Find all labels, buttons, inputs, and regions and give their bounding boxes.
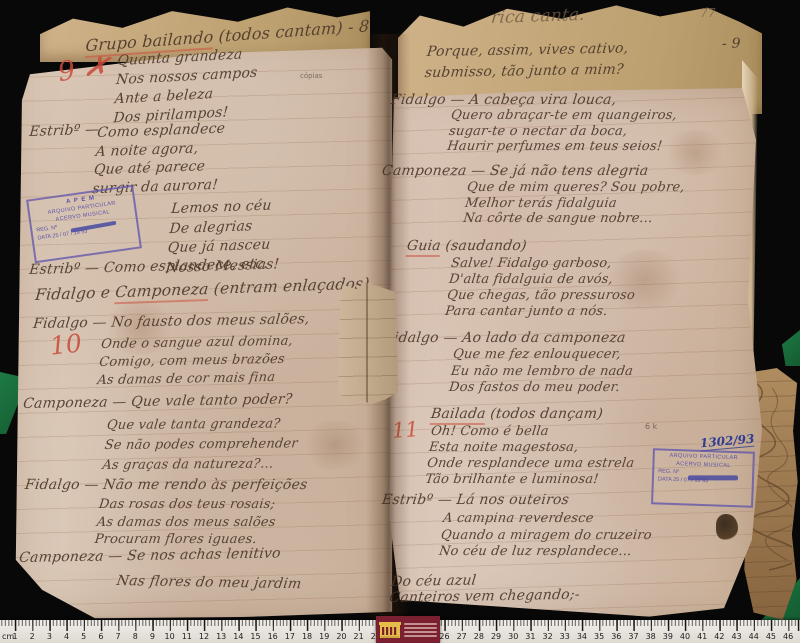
handwritten-line: Nas flores do meu jardim [115, 572, 302, 593]
ruler-number: 21 [354, 632, 364, 641]
estribilho-right-lines: A campina reverdesceQuando a miragem do … [438, 511, 655, 561]
handwritten-line: As damas dos meus salões [96, 514, 277, 532]
ruler-number: 13 [216, 632, 226, 641]
table-felt-right-mid [782, 330, 800, 366]
handwritten-line: Eu não me lembro de nada [450, 364, 634, 381]
ruler-number: 5 [81, 632, 86, 641]
ruler-number: 2 [30, 632, 35, 641]
ruler-number: 38 [646, 632, 656, 641]
ruler-number: 9 [150, 632, 155, 641]
handwritten-line: Oh! Como é bella [430, 424, 639, 440]
ruler-number: 44 [749, 632, 759, 641]
heading-rest: (todos dançam) [485, 406, 604, 422]
ruler-number: 3 [47, 632, 52, 641]
handwritten-line: Quero abraçar-te em quangeiros, [450, 108, 678, 124]
handwritten-line: Que chegas, tão pressuroso [446, 288, 636, 304]
closing-couplet: Do céu azulCanteiros vem chegando;- [389, 571, 583, 606]
speech-first-line: Ao lado da camponeza [461, 330, 626, 346]
stamp-reg-label: REG. Nº [658, 468, 679, 475]
ruler-number: 46 [783, 632, 793, 641]
speaker-label: Fidalgo — [32, 315, 112, 332]
handwritten-line: D'alta fidalguia de avós, [448, 272, 638, 288]
handwritten-line: sugar-te o nectar da boca, [448, 124, 676, 140]
handwritten-line: Que de mim queres? Sou pobre, [466, 180, 685, 196]
pencil-note-6k: 6 k [645, 422, 657, 431]
ruler-number: 15 [250, 632, 260, 641]
ruler-number: 20 [336, 632, 346, 641]
estribilho-label: Estribº — [29, 122, 100, 141]
speech-first-line: A cabeça vira louca, [468, 92, 617, 108]
stanza-estribilho: Como esplandeceA noite agora,Que até par… [92, 120, 226, 199]
ruler-number: 43 [731, 632, 741, 641]
ruler-logo [376, 616, 440, 643]
handwritten-line: Haurir perfumes em teus seios! [446, 139, 674, 155]
red-page-count-10: 10 [49, 328, 84, 360]
stamp-date-label: DATA [658, 476, 672, 482]
stanza-bailada: Oh! Como é bellaEsta noite magestosa,Ond… [424, 424, 639, 488]
stamp-scribble [688, 475, 738, 480]
speaker-label: Fidalgo — [390, 92, 470, 108]
red-check-mark: ✗ [82, 48, 112, 86]
ruler-number: 10 [165, 632, 175, 641]
ruler-number: 29 [491, 632, 501, 641]
ruler-number: 18 [302, 632, 312, 641]
handwritten-line: Quando a miragem do cruzeiro [440, 528, 653, 545]
speech-fidalgo-1-right-lines: Quero abraçar-te em quangeiros,sugar-te … [446, 108, 678, 155]
speech-first-line: Se nos achas lenitivo [126, 545, 281, 564]
handwritten-line: Melhor terás fidalguia [464, 196, 683, 212]
handwritten-line: No céu de luz resplandece... [438, 544, 651, 561]
stanza-group-sings: Quanta grandezaNos nossos camposAnte a b… [113, 45, 260, 129]
ruler-number: 32 [542, 632, 552, 641]
heading-rest: (saudando) [440, 238, 528, 254]
stanza-opening-right: Porque, assim, vives cativo,submisso, tã… [424, 38, 630, 84]
speaker-label: Camponeza — [18, 548, 128, 566]
ruler-number: 40 [680, 632, 690, 641]
speech-fidalgo-1-left-lines: Onde o sangue azul domina,Comigo, com me… [96, 333, 293, 390]
heading-pre: Fidalgo e [34, 283, 116, 304]
ruler-number: 17 [285, 632, 295, 641]
pencil-note-copias: cópias [300, 72, 322, 80]
handwritten-line: Tão brilhante e luminosa! [424, 472, 633, 488]
stamp-date-label: DATA [37, 233, 51, 241]
ruler-number: 12 [199, 632, 209, 641]
speaker-label: Fidalgo — [24, 477, 104, 493]
handwritten-line: As graças da natureza?... [101, 454, 296, 476]
ruler-number: 26 [439, 632, 449, 641]
ruler-number: 11 [182, 632, 192, 641]
old-page-number: 77 [700, 6, 716, 20]
heading-underlined: Camponeza [114, 280, 209, 304]
handwritten-line: Canteiros vem chegando;- [389, 587, 581, 606]
logo-text-lines [404, 621, 437, 639]
ruler-number: 37 [628, 632, 638, 641]
ruler-number: 34 [577, 632, 587, 641]
ruler-number: 28 [474, 632, 484, 641]
speech-camponeza-1-left-lines: Que vale tanta grandeza?Se não podes com… [101, 414, 301, 476]
speech-fidalgo-2-right: Fidalgo — Ao lado da camponeza [383, 330, 627, 346]
ruler-number: 39 [663, 632, 673, 641]
right-heading-guia: Guia (saudando) [406, 238, 528, 254]
handwritten-line: Na côrte de sangue nobre... [462, 211, 681, 227]
handwritten-line: Dos fastos do meu poder. [448, 380, 632, 397]
ink-blot [716, 514, 738, 540]
heading-underlined: Bailada [430, 406, 487, 425]
handwritten-line: Lemos no céu [170, 196, 285, 220]
building-icon [379, 620, 401, 639]
speech-first-line: Lá nos outeiros [456, 492, 570, 508]
handwritten-line: Das rosas dos teus rosais; [98, 496, 279, 514]
red-page-count-11: 11 [391, 417, 419, 443]
ruler-number: 1 [12, 632, 17, 641]
handwritten-line: Onde resplandece uma estrela [426, 456, 635, 472]
speech-first-line: Se já não tens alegria [489, 163, 649, 179]
ruler-number: 42 [714, 632, 724, 641]
ruler-number: 7 [116, 632, 121, 641]
ruler-number: 19 [319, 632, 329, 641]
speech-guia-lines: Salve! Fidalgo garboso,D'alta fidalguia … [444, 256, 640, 320]
speaker-label: Camponeza — [22, 394, 132, 412]
ruler-number: 4 [64, 632, 69, 641]
stain [300, 420, 370, 470]
speech-fidalgo-2-right-lines: Que me fez enlouquecer,Eu não me lembro … [448, 347, 636, 397]
ruler-number: 14 [233, 632, 243, 641]
ruler-number: 27 [457, 632, 467, 641]
ruler-number: 16 [268, 632, 278, 641]
manuscript-photo: { "left": { "heading1_underlined": "Grup… [0, 0, 800, 643]
estribilho-right: Estribº — Lá nos outeiros [381, 492, 570, 508]
handwritten-line: Salve! Fidalgo garboso, [450, 256, 640, 272]
ruler-number: 45 [766, 632, 776, 641]
handwritten-line: Que me fez enlouquecer, [452, 347, 636, 364]
ruler-number: 30 [508, 632, 518, 641]
handwritten-line: Esta noite magestosa, [428, 440, 637, 456]
right-heading-bailada: Bailada (todos dançam) [430, 406, 604, 422]
speech-fidalgo-2-left-lines: Das rosas dos teus rosais;As damas dos m… [94, 496, 279, 549]
handwritten-line: A campina reverdesce [442, 511, 655, 528]
right-page-number: - 9 [722, 36, 741, 52]
handwritten-line: Se não podes comprehender [103, 434, 298, 456]
torn-patch [338, 282, 398, 404]
speech-first-line: Não me rendo às perfeições [102, 477, 308, 493]
speech-fidalgo-1-right: Fidalgo — A cabeça vira louca, [390, 92, 617, 108]
speech-camponeza-1-right: Camponeza — Se já não tens alegria [381, 163, 649, 179]
ruler-number: 36 [611, 632, 621, 641]
speaker-label: Camponeza — [381, 163, 491, 179]
handwritten-line: Que vale tanta grandeza? [106, 414, 301, 436]
speaker-label: Estribº — [381, 492, 458, 508]
ruler-number: 8 [133, 632, 138, 641]
speech-first-line: Que vale tanto poder? [130, 391, 293, 410]
handwritten-line: Para cantar junto a nós. [444, 304, 634, 320]
ruler-number: 35 [594, 632, 604, 641]
old-page-title: rica canta. [490, 5, 586, 28]
speech-camponeza-1-right-lines: Que de mim queres? Sou pobre,Melhor terá… [462, 180, 685, 227]
speech-fidalgo-2-left: Fidalgo — Não me rendo às perfeições [24, 477, 308, 493]
ruler-number: 41 [697, 632, 707, 641]
ruler-number: 6 [98, 632, 103, 641]
heading-underlined: Guia [406, 238, 442, 257]
ruler-number: 33 [560, 632, 570, 641]
handwritten-line: submisso, tão junto a mim? [424, 60, 628, 85]
handwritten-line: As damas de cor mais fina [96, 369, 290, 390]
ruler-number: 31 [525, 632, 535, 641]
apem-stamp-right: ARQUIVO PARTICULAR ACERVO MUSICAL REG. N… [651, 448, 755, 508]
speech-camponeza-2-left-lines: Nas flores do meu jardim [115, 572, 302, 593]
